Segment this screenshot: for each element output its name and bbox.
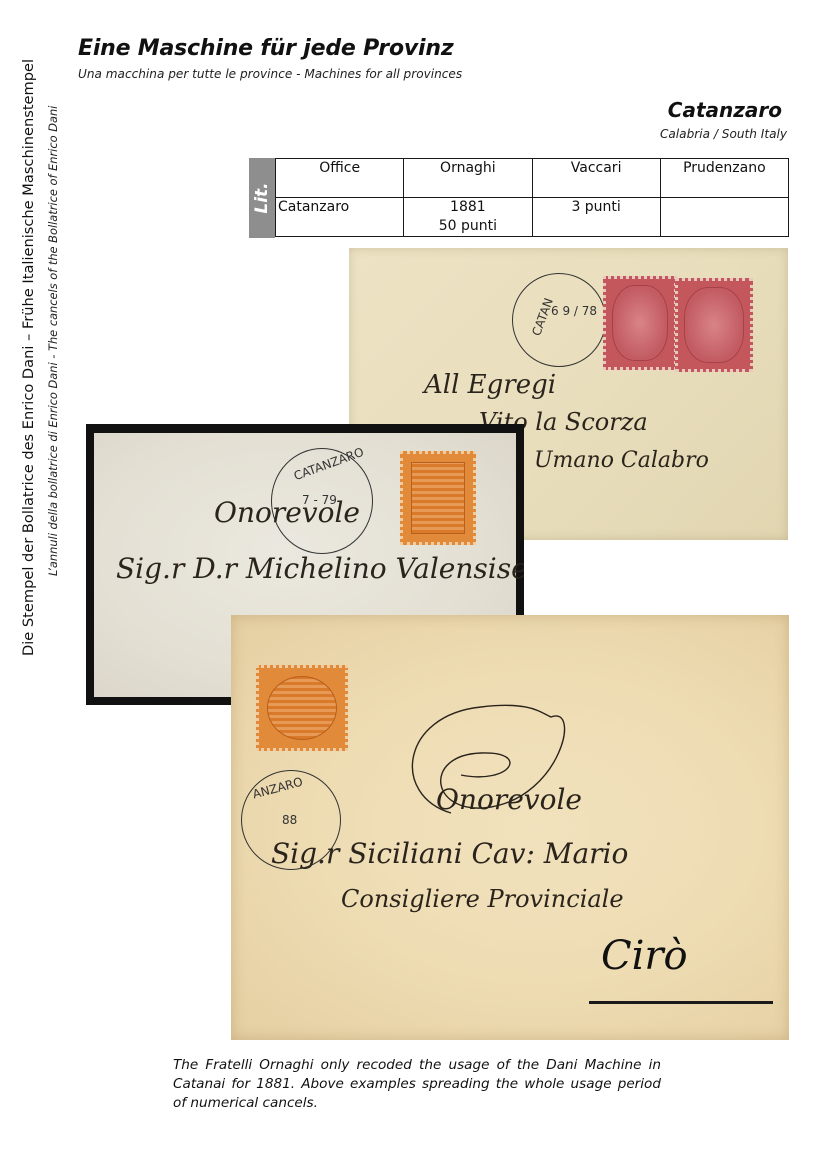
lit-label-text: Lit. (252, 182, 272, 213)
stamp-orange (400, 451, 476, 545)
underline (589, 1001, 773, 1004)
address-line-4: Cirò (601, 933, 688, 979)
cancel-town: ANZARO (251, 775, 304, 802)
envelope-3: ANZARO 88 Onorevole Sig.r Siciliani Cav:… (231, 615, 789, 1040)
address-line-3: Consigliere Provinciale (341, 885, 624, 913)
page-title: Eine Maschine für jede Provinz (78, 36, 453, 61)
table-header-row: Office Ornaghi Vaccari Prudenzano (276, 159, 789, 198)
table-header-prudenzano: Prudenzano (660, 159, 788, 198)
lit-tab-label: Lit. (249, 158, 275, 238)
stamp-red-1 (603, 276, 677, 370)
table-header-ornaghi: Ornaghi (404, 159, 532, 198)
table-header-vaccari: Vaccari (532, 159, 660, 198)
table-cell-office: Catanzaro (276, 198, 404, 237)
table-header-office: Office (276, 159, 404, 198)
address-line-2: Sig.r D.r Michelino Valensise (116, 552, 524, 585)
stamp-red-2 (675, 278, 753, 372)
cancel-date: 6 9 / 78 (551, 304, 597, 318)
location-title: Catanzaro (668, 98, 782, 122)
circular-datestamp: CATAN 6 9 / 78 (512, 273, 606, 367)
address-line-3: Umano Calabro (534, 448, 709, 473)
address-line-1: Onorevole (436, 783, 582, 816)
cancel-town: CATANZARO (292, 445, 366, 483)
address-line-2: Sig.r Siciliani Cav: Mario (271, 837, 628, 870)
table-row: Catanzaro 188150 punti 3 punti (276, 198, 789, 237)
rating-table: Office Ornaghi Vaccari Prudenzano Catanz… (275, 158, 789, 237)
table-cell-vaccari: 3 punti (532, 198, 660, 237)
side-title-italian-english: L’annuli della bollatrice di Enrico Dani… (46, 106, 60, 576)
stamp-orange (256, 665, 348, 751)
side-title-german: Die Stempel der Bollatrice des Enrico Da… (20, 59, 37, 656)
cancel-date: 88 (282, 813, 297, 827)
location-region: Calabria / South Italy (660, 127, 787, 141)
address-line-1: Onorevole (214, 496, 360, 529)
table-cell-prudenzano (660, 198, 788, 237)
page-subtitle: Una macchina per tutte le province - Mac… (78, 67, 462, 81)
table-cell-ornaghi: 188150 punti (404, 198, 532, 237)
address-line-1: All Egregi (424, 370, 556, 400)
caption-text: The Fratelli Ornaghi only recoded the us… (173, 1056, 661, 1113)
